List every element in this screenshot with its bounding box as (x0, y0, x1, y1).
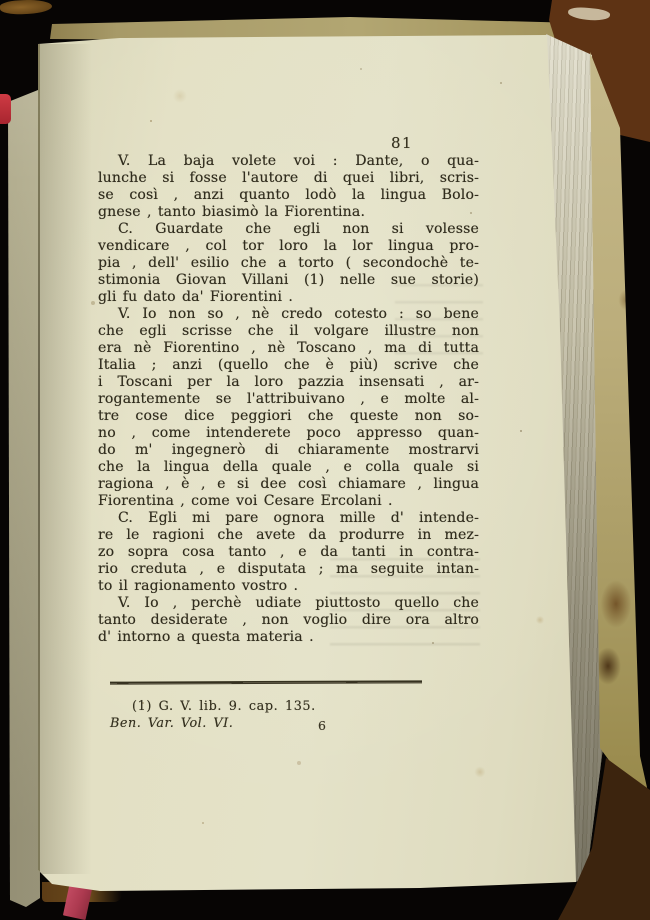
photo-of-open-book: 81 V. La baja volete voi : Dante, o qua-… (0, 0, 650, 920)
footnote: (1) G. V. lib. 9. cap. 135. (132, 699, 316, 714)
text-line: V. Io non so , nè credo cotesto : so ben… (98, 306, 479, 323)
page-number: 81 (391, 134, 427, 152)
text-line: ragiona , è , e si dee così chiamare , l… (98, 476, 479, 493)
text-line: Italia ; anzi (quello che è più) scrive … (98, 357, 479, 374)
gutter-shadow (40, 44, 92, 874)
signature-abbreviation: Ben. Var. Vol. VI. (110, 716, 233, 731)
text-line: re le ragioni che avete da produrre in m… (98, 527, 479, 544)
text-line: C. Guardate che egli non si volesse (98, 221, 479, 238)
text-line: rio creduta , e disputata ; ma seguite i… (98, 561, 479, 578)
text-line: pia , dell' esilio che a torto ( secondo… (98, 255, 479, 272)
text-line: che egli scrisse che il volgare illustre… (98, 323, 479, 340)
text-line: no , come intenderete poco appresso quan… (98, 425, 479, 442)
footnote-rule (110, 680, 422, 685)
text-line: C. Egli mi pare ognora mille d' intende- (98, 510, 479, 527)
text-line: vendicare , col tor loro la lor lingua p… (98, 238, 479, 255)
text-line: lunche si fosse l'autore di quei libri, … (98, 170, 479, 187)
text-line: Fiorentina , come voi Cesare Ercolani . (98, 493, 479, 510)
gathering-number: 6 (318, 718, 326, 733)
text-line: d' intorno a questa materia . (98, 629, 479, 646)
text-line: rogantemente se l'attribuivano , e molte… (98, 391, 479, 408)
cover-top-scrap (0, 0, 52, 15)
text-line: stimonia Giovan Villani (1) nelle sue st… (98, 272, 479, 289)
page-text-block: V. La baja volete voi : Dante, o qua- lu… (98, 153, 479, 646)
red-mark-top-left (0, 94, 11, 124)
text-line: era nè Fiorentino , nè Toscano , ma di t… (98, 340, 479, 357)
text-line: gli fu dato da' Fiorentini . (98, 289, 479, 306)
text-line: to il ragionamento vostro . (98, 578, 479, 595)
bookmark-ribbon (63, 884, 92, 920)
paper-specks (0, 0, 2, 2)
text-line: se così , anzi quanto lodò la lingua Bol… (98, 187, 479, 204)
text-line: che la lingua della quale , e colla qual… (98, 459, 479, 476)
text-line: V. La baja volete voi : Dante, o qua- (98, 153, 479, 170)
text-line: V. Io , perchè udiate piuttosto quello c… (98, 595, 479, 612)
text-line: do m' ingegnerò di chiaramente mostrarvi (98, 442, 479, 459)
text-line: zo sopra cosa tanto , e da tanti in cont… (98, 544, 479, 561)
text-line: i Toscani per la loro pazzia insensati ,… (98, 374, 479, 391)
text-line: tre cose dice peggiori che queste non so… (98, 408, 479, 425)
text-line: gnese , tanto biasimò la Fiorentina. (98, 204, 479, 221)
text-line: tanto desiderate , non voglio dire ora a… (98, 612, 479, 629)
